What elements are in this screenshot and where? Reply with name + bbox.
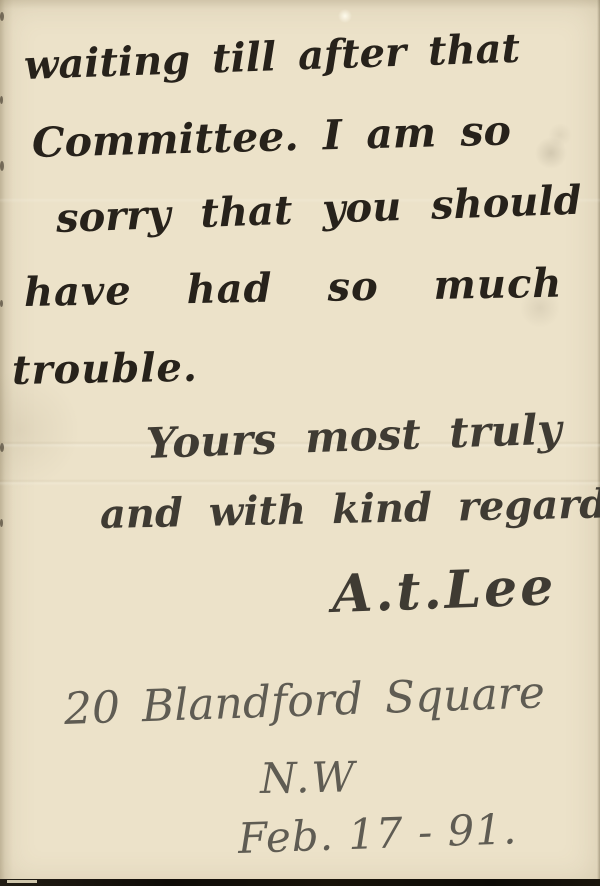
letter-line-1: waiting till after that bbox=[23, 27, 520, 88]
letter-line-5: trouble. bbox=[12, 346, 199, 393]
closing-line-2: and with kind regards bbox=[100, 482, 600, 537]
edge-fleck bbox=[0, 519, 3, 527]
scan-edge-notch bbox=[7, 880, 37, 883]
address-line-2: N.W bbox=[260, 754, 357, 802]
closing-line-1: Yours most truly bbox=[145, 407, 562, 468]
letter-line-4: have had so much bbox=[24, 262, 563, 315]
letter-page: waiting till after that Committee. I am … bbox=[0, 0, 600, 886]
scan-edge-strip bbox=[0, 879, 600, 886]
edge-fleck bbox=[0, 300, 3, 307]
edge-fleck bbox=[0, 443, 4, 452]
edge-fleck bbox=[0, 12, 4, 21]
letter-line-3: sorry that you should bbox=[55, 179, 582, 241]
signature: A.t.Lee bbox=[331, 558, 557, 623]
letter-line-2: Committee. I am so bbox=[31, 108, 511, 166]
edge-fleck bbox=[0, 161, 4, 171]
edge-fleck bbox=[0, 96, 3, 104]
date-line: Feb. 17 - 91. bbox=[237, 806, 518, 862]
address-line-1: 20 Blandford Square bbox=[63, 669, 545, 734]
